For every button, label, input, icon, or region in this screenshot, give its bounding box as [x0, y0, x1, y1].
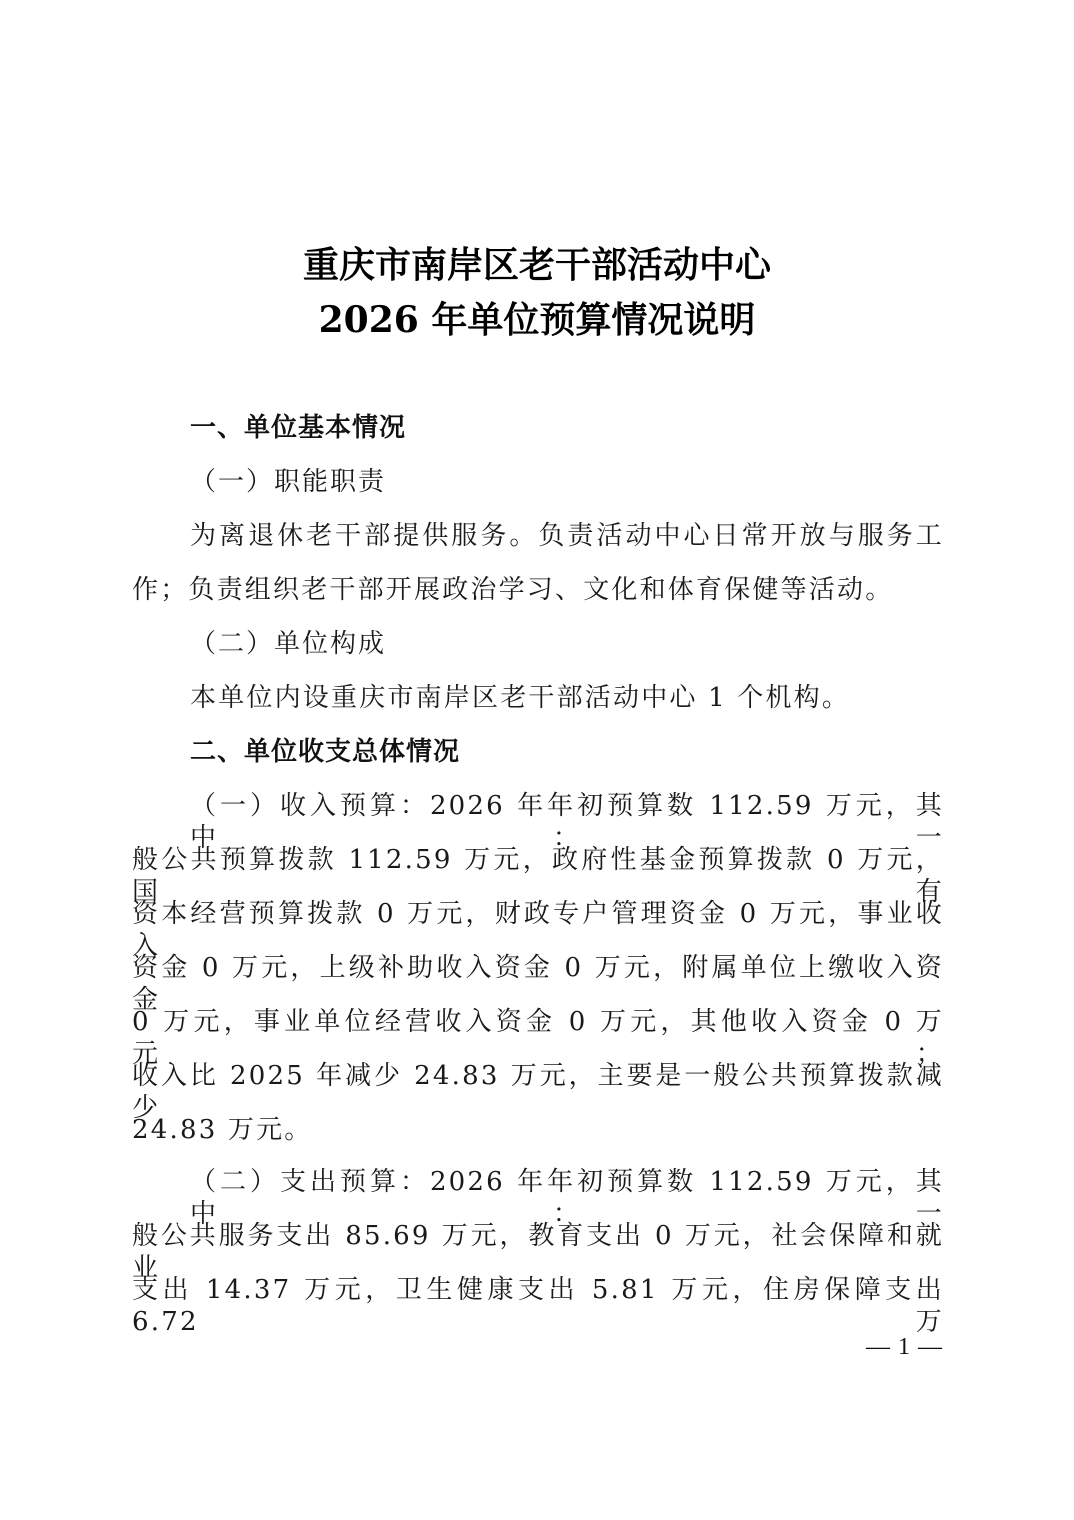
page-number: — 1 —: [866, 1334, 943, 1361]
document-title-line-2: 2026 年单位预算情况说明: [0, 298, 1074, 342]
section-heading-basic-info: 一、单位基本情况: [190, 412, 944, 444]
document-title-line-1: 重庆市南岸区老干部活动中心: [0, 243, 1074, 287]
paragraph-functions-line-1: 为离退休老干部提供服务。负责活动中心日常开放与服务工: [190, 520, 944, 552]
section-heading-revenue-expenditure: 二、单位收支总体情况: [190, 736, 944, 768]
subsection-heading-functions: （一）职能职责: [190, 466, 944, 498]
paragraph-expense-line-3: 支出 14.37 万元，卫生健康支出 5.81 万元，住房保障支出 6.72 万: [132, 1274, 944, 1338]
paragraph-functions-line-2: 作；负责组织老干部开展政治学习、文化和体育保健等活动。: [132, 574, 944, 606]
paragraph-composition-line-1: 本单位内设重庆市南岸区老干部活动中心 1 个机构。: [190, 682, 944, 714]
paragraph-income-line-7: 24.83 万元。: [132, 1114, 944, 1146]
document-page: 重庆市南岸区老干部活动中心 2026 年单位预算情况说明 一、单位基本情况 （一…: [0, 0, 1074, 1520]
subsection-heading-composition: （二）单位构成: [190, 628, 944, 660]
